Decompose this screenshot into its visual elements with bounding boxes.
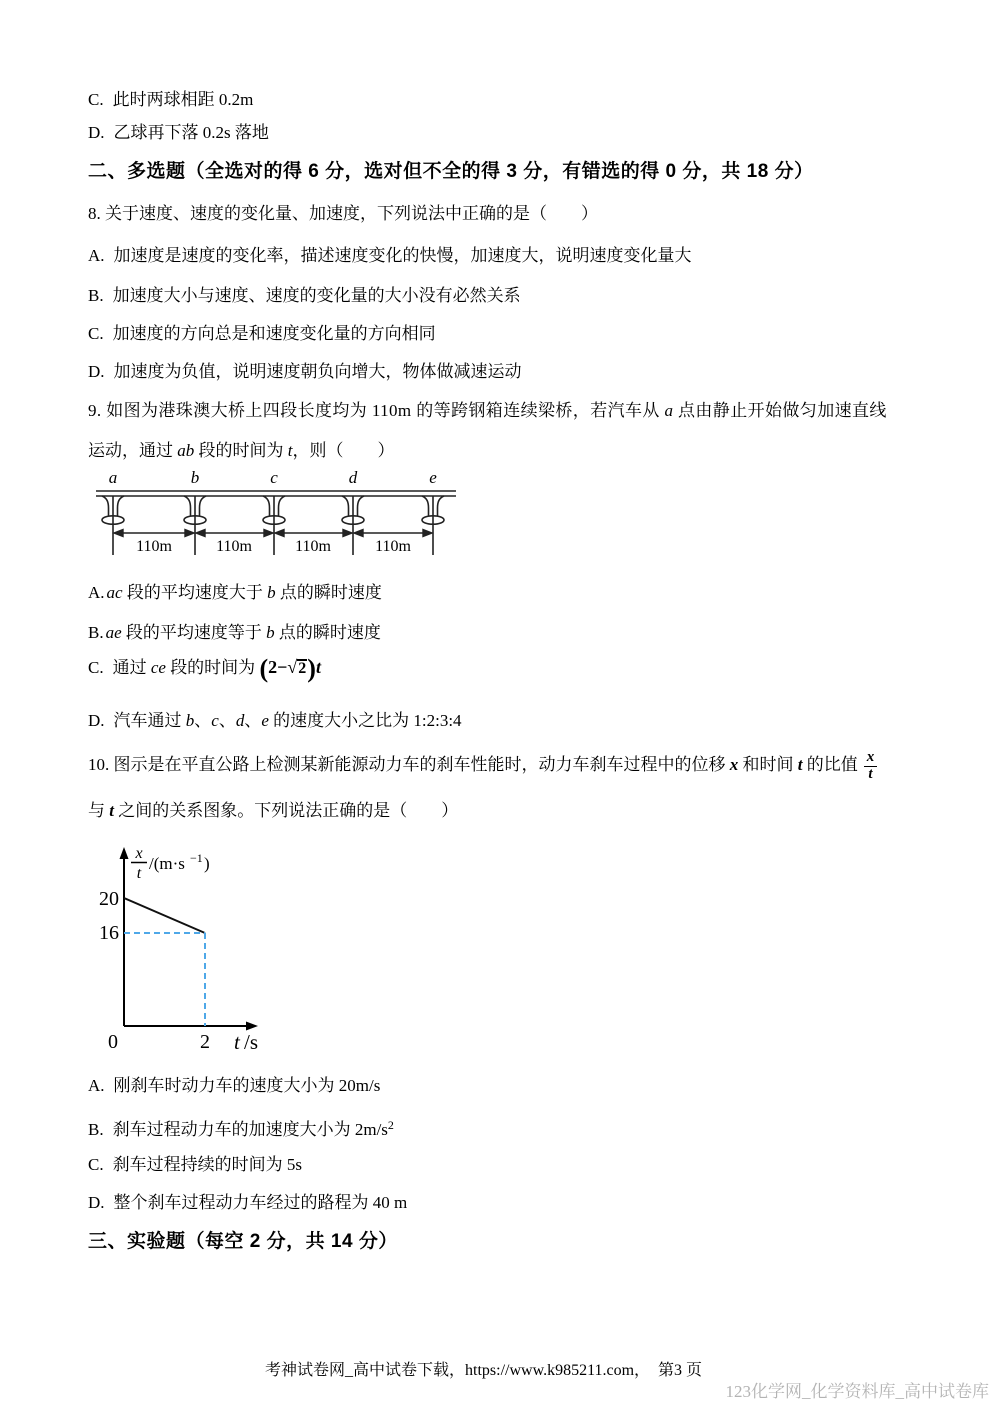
- option-text: 整个刹车过程动力车经过的路程为 40 m: [114, 1193, 408, 1212]
- q9-option-c: C.通过 ce 段的时间为 (2−√2)t: [88, 656, 321, 682]
- option-text: 点的瞬时速度: [275, 623, 381, 642]
- q10-stem-line1: 10. 图示是在平直公路上检测某新能源动力车的刹车性能时，动力车刹车过程中的位移…: [88, 750, 877, 783]
- time-t-var: t: [316, 657, 321, 677]
- option-text: 加速度是速度的变化率，描述速度变化的快慢，加速度大，说明速度变化量大: [114, 246, 692, 265]
- displacement-x-var: x: [730, 755, 739, 774]
- option-text: 刹车过程动力车的加速度大小为 2m/s: [113, 1120, 388, 1139]
- q9-stem-line2: 运动，通过 ab 段的时间为 t，则（ ）: [88, 440, 394, 462]
- braking-graph: 20 16 0 2 t /s x t /(m·s −1 ): [86, 836, 336, 1061]
- segment-length-label: 110m: [216, 538, 252, 555]
- dimension-arrows: [114, 530, 432, 537]
- segment-length-label: 110m: [375, 538, 411, 555]
- option-text: 加速度的方向总是和速度变化量的方向相同: [113, 324, 436, 343]
- segment-ce-var: ce: [151, 658, 166, 677]
- option-text: 点的瞬时速度: [276, 583, 382, 602]
- option-label: C.: [88, 657, 104, 679]
- stem-text: 运动，通过: [88, 441, 177, 460]
- separator: 、: [244, 711, 261, 730]
- option-label: C.: [88, 1154, 104, 1176]
- y-label-unit-pre: /(m·s: [149, 854, 185, 873]
- option-text: 此时两球相距 0.2m: [113, 90, 254, 109]
- segment-ae-var: ae: [106, 623, 122, 642]
- point-c-var: c: [211, 711, 219, 730]
- option-text: 段的平均速度等于: [122, 623, 267, 642]
- option-text: 乙球再下落 0.2s 落地: [114, 123, 269, 142]
- segment-ab-var: ab: [177, 441, 194, 460]
- graph-axes: [124, 856, 250, 1026]
- y-label-superscript: −1: [190, 851, 203, 865]
- y-label-unit-post: ): [204, 854, 210, 873]
- y-tick-20: 20: [99, 888, 119, 910]
- x-axis-label-var: t: [234, 1030, 241, 1054]
- stem-text: 之间的关系图象。下列说法正确的是（ ）: [114, 801, 458, 820]
- stem-text: 与: [88, 801, 109, 820]
- pier-label-e: e: [429, 468, 437, 487]
- q8-option-d: D.加速度为负值，说明速度朝负向增大，物体做减速运动: [88, 361, 522, 383]
- superscript-2: 2: [388, 1118, 394, 1132]
- formula-body: 2−: [268, 657, 287, 677]
- y-label-numerator: x: [134, 845, 142, 862]
- x-over-t-fraction: xt: [864, 750, 878, 783]
- option-label: A.: [88, 1075, 105, 1097]
- q8-option-a: A.加速度是速度的变化率，描述速度变化的快慢，加速度大，说明速度变化量大: [88, 245, 692, 267]
- stem-text: ，则（ ）: [292, 441, 394, 460]
- option-text: 段的平均速度大于: [123, 583, 268, 602]
- y-axis-arrow: [120, 847, 129, 859]
- stem-text: 10. 图示是在平直公路上检测某新能源动力车的刹车性能时，动力车刹车过程中的位移: [88, 755, 730, 774]
- fraction-denominator: t: [864, 767, 878, 783]
- option-text: 段的时间为: [166, 658, 260, 677]
- option-label: D.: [88, 361, 105, 383]
- stem-text: 和时间: [738, 755, 798, 774]
- q10-option-a: A.刚刹车时动力车的速度大小为 20m/s: [88, 1075, 380, 1097]
- option-text: 刚刹车时动力车的速度大小为 20m/s: [114, 1076, 381, 1095]
- y-label-denominator: t: [137, 865, 142, 882]
- q10-option-d: D.整个刹车过程动力车经过的路程为 40 m: [88, 1192, 407, 1214]
- segment-ac-var: ac: [107, 583, 123, 602]
- option-label: D.: [88, 122, 105, 144]
- stem-text: 点由静止开始做匀加速直线: [673, 401, 886, 420]
- fraction-numerator: x: [864, 750, 878, 767]
- q7-option-c: C.此时两球相距 0.2m: [88, 89, 253, 111]
- option-label: C.: [88, 323, 104, 345]
- q10-option-b: B.刹车过程动力车的加速度大小为 2m/s2: [88, 1114, 394, 1141]
- page-footer: 考神试卷网_高中试卷下载，https://www.k985211.com， 第3…: [265, 1357, 702, 1380]
- point-b-var: b: [266, 623, 275, 642]
- point-e-var: e: [261, 711, 269, 730]
- origin-label: 0: [108, 1031, 118, 1053]
- q8-stem: 8. 关于速度、速度的变化量、加速度，下列说法中正确的是（ ）: [88, 203, 598, 225]
- right-paren: ): [307, 654, 316, 683]
- q7-option-d: D.乙球再下落 0.2s 落地: [88, 122, 269, 144]
- q8-option-b: B.加速度大小与速度、速度的变化量的大小没有必然关系: [88, 285, 521, 307]
- option-text: 加速度大小与速度、速度的变化量的大小没有必然关系: [113, 286, 521, 305]
- x-tick-2: 2: [200, 1031, 210, 1053]
- pier-label-b: b: [191, 468, 200, 487]
- point-b-var: b: [186, 711, 195, 730]
- option-label: A.: [88, 245, 105, 267]
- q8-option-c: C.加速度的方向总是和速度变化量的方向相同: [88, 323, 436, 345]
- option-label: B.: [88, 285, 104, 307]
- radicand: 2: [297, 659, 307, 678]
- option-label: C.: [88, 89, 104, 111]
- option-label: D.: [88, 1192, 105, 1214]
- x-axis-label-unit: /s: [244, 1030, 258, 1054]
- pier-label-c: c: [270, 468, 278, 487]
- option-text: 的速度大小之比为 1:2:3:4: [269, 711, 462, 730]
- watermark: 123化学网_化学资料库_高中试卷库: [726, 1377, 990, 1402]
- option-text: 通过: [113, 658, 151, 677]
- section2-heading: 二、多选题（全选对的得 6 分，选对但不全的得 3 分，有错选的得 0 分，共 …: [88, 161, 814, 183]
- segment-length-label: 110m: [136, 538, 172, 555]
- stem-text: 段的时间为: [194, 441, 288, 460]
- bridge-diagram: a b c d e 110m 110m 110m 110m: [93, 467, 465, 559]
- stem-text: 9. 如图为港珠澳大桥上四段长度均为 110m 的等跨钢箱连续梁桥，若汽车从: [88, 401, 664, 420]
- data-line: [124, 898, 205, 933]
- y-tick-16: 16: [99, 922, 119, 944]
- option-label: B.: [88, 1119, 104, 1141]
- section3-heading: 三、实验题（每空 2 分，共 14 分）: [88, 1231, 398, 1253]
- y-axis-label: x t /(m·s −1 ): [131, 845, 210, 882]
- segment-length-label: 110m: [295, 538, 331, 555]
- pier-label-d: d: [349, 468, 358, 487]
- option-text: 刹车过程持续的时间为 5s: [113, 1155, 302, 1174]
- q10-option-c: C.刹车过程持续的时间为 5s: [88, 1154, 302, 1176]
- point-b-var: b: [267, 583, 276, 602]
- option-label: A.: [88, 582, 105, 604]
- q9-option-b: B.ae 段的平均速度等于 b 点的瞬时速度: [88, 622, 381, 644]
- q9-option-d: D.汽车通过 b、c、d、e 的速度大小之比为 1:2:3:4: [88, 710, 462, 732]
- option-label: B.: [88, 622, 104, 644]
- pier-label-a: a: [109, 468, 118, 487]
- time-formula: (2−√2)t: [259, 658, 321, 677]
- separator: 、: [219, 711, 236, 730]
- option-label: D.: [88, 710, 105, 732]
- q9-stem-line1: 9. 如图为港珠澳大桥上四段长度均为 110m 的等跨钢箱连续梁桥，若汽车从 a…: [88, 400, 887, 422]
- stem-text: 的比值: [802, 755, 857, 774]
- bridge-deck: [96, 491, 456, 496]
- radical-sign: √: [287, 657, 297, 677]
- q10-stem-line2: 与 t 之间的关系图象。下列说法正确的是（ ）: [88, 800, 458, 822]
- left-paren: (: [259, 654, 268, 683]
- option-text: 汽车通过: [114, 711, 186, 730]
- option-text: 加速度为负值，说明速度朝负向增大，物体做减速运动: [114, 362, 522, 381]
- q9-option-a: A.ac 段的平均速度大于 b 点的瞬时速度: [88, 582, 382, 604]
- separator: 、: [194, 711, 211, 730]
